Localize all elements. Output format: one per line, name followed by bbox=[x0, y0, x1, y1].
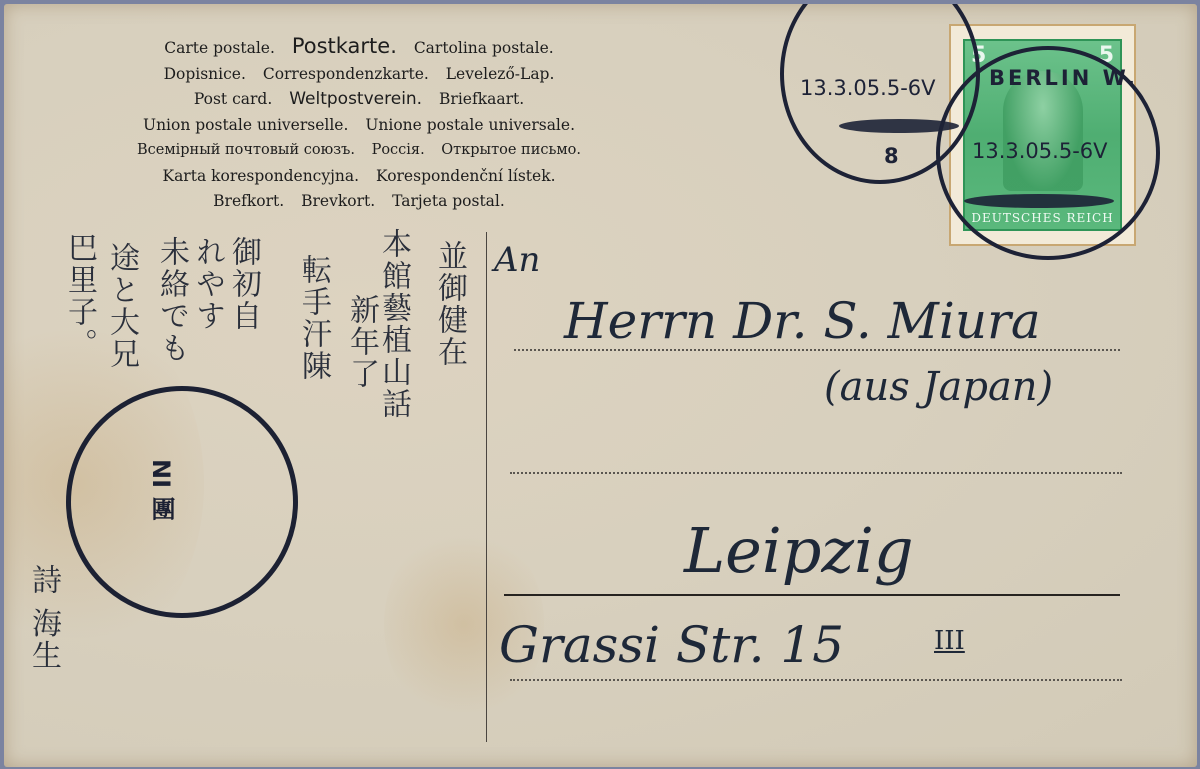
message-column: 途と大兄 bbox=[104, 242, 138, 370]
address-line-4 bbox=[510, 679, 1122, 681]
header-line-6: Karta korespondencyjna. Korespondenční l… bbox=[64, 164, 654, 190]
message-column: 並御健在 bbox=[432, 240, 466, 368]
address-floor: III bbox=[934, 626, 965, 656]
address-street: Grassi Str. 15 bbox=[499, 616, 844, 674]
postmark-city: BERLIN W. bbox=[989, 66, 1138, 90]
address-line-3 bbox=[504, 594, 1120, 596]
header-line-7: Brefkort. Brevkort. Tarjeta postal. bbox=[64, 189, 654, 215]
header-line-1: Carte postale. Postkarte. Cartolina post… bbox=[64, 34, 654, 62]
printed-header: Carte postale. Postkarte. Cartolina post… bbox=[64, 34, 654, 215]
address-note: (aus Japan) bbox=[824, 364, 1053, 410]
message-column: 未絡でも bbox=[154, 236, 188, 364]
address-salutation: An bbox=[494, 240, 540, 280]
header-line-4: Union postale universelle. Unione postal… bbox=[64, 113, 654, 139]
seal-text: NI 團 bbox=[144, 459, 179, 520]
message-column: 巴里子。 bbox=[62, 232, 96, 360]
postmark-date: 13.3.05.5-6V bbox=[800, 76, 936, 100]
address-recipient: Herrn Dr. S. Miura bbox=[564, 292, 1041, 350]
address-city: Leipzig bbox=[684, 514, 914, 587]
message-signature: 詩 海生 bbox=[26, 564, 60, 672]
message-column: 転手汗陳 bbox=[296, 254, 330, 382]
message-address-divider bbox=[486, 232, 487, 742]
header-line-5: Всемірный почтовый союзъ. Россія. Открыт… bbox=[64, 138, 654, 164]
message-column: 本館藝植山話 bbox=[376, 228, 410, 420]
message-column: 新年了 bbox=[344, 294, 378, 390]
address-line-2 bbox=[510, 472, 1122, 474]
postmark-code: 8 bbox=[884, 144, 899, 168]
postcard: Carte postale. Postkarte. Cartolina post… bbox=[4, 4, 1197, 767]
circular-seal bbox=[66, 386, 298, 618]
header-line-2: Dopisnice. Correspondenzkarte. Levelező-… bbox=[64, 62, 654, 88]
message-column: 御初自 bbox=[226, 236, 260, 332]
message-column: れやす bbox=[190, 236, 224, 332]
header-line-3: Post card. Weltpostverein. Briefkaart. bbox=[64, 87, 654, 113]
postmark-date: 13.3.05.5-6V bbox=[972, 139, 1108, 163]
